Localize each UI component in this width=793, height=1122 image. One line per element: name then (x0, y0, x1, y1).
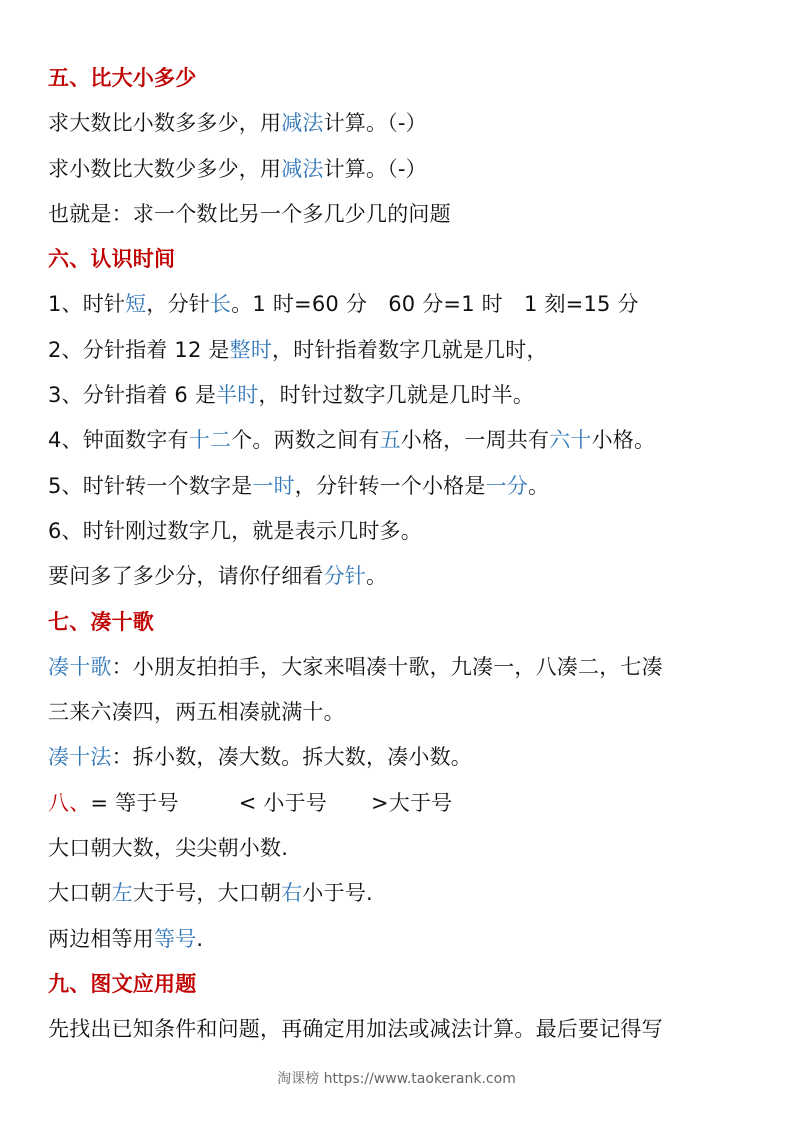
text-segment: 个。两数之间有 (231, 428, 379, 452)
highlight-keyword: 六十 (549, 428, 591, 452)
highlight-keyword: 一时 (252, 474, 294, 498)
text-segment: ：拆小数，凑大数。拆大数，凑小数。 (112, 745, 472, 769)
text-segment: 。 (366, 564, 387, 588)
text-line: 3、分针指着 6 是半时，时针过数字几就是几时半。 (48, 373, 768, 418)
text-line: 求小数比大数少多少，用减法计算。（-） (48, 147, 768, 192)
text-segment: 2、分针指着 12 是 (48, 338, 230, 362)
highlight-keyword: 长 (210, 292, 231, 316)
section-heading-compare: 五、比大小多少 (48, 56, 768, 101)
text-line: 2、分针指着 12 是整时，时针指着数字几就是几时， (48, 328, 768, 373)
text-segment: 计算。（-） (324, 157, 427, 181)
equal-sign-label: = 等于号 (90, 791, 178, 815)
text-segment: 计算。（-） (324, 111, 427, 135)
text-line: 三来六凑四，两五相凑就满十。 (48, 690, 768, 735)
text-segment: 两边相等用 (48, 927, 154, 951)
text-segment: 小于号. (302, 881, 372, 905)
highlight-keyword: 左 (112, 881, 133, 905)
text-segment: 要问多了多少分，请你仔细看 (48, 564, 324, 588)
text-segment: ，时针过数字几就是几时半。 (258, 383, 534, 407)
highlight-keyword: 一分 (486, 474, 528, 498)
text-segment: 。 (528, 474, 549, 498)
section-heading-make-ten: 七、凑十歌 (48, 600, 768, 645)
section-heading-time: 六、认识时间 (48, 237, 768, 282)
highlight-keyword: 右 (281, 881, 302, 905)
text-line: 1、时针短，分针长。1 时=60 分 60 分=1 时 1 刻=15 分 (48, 282, 768, 327)
highlight-keyword: 分针 (324, 564, 366, 588)
text-segment: ，时针指着数字几就是几时， (272, 338, 548, 362)
highlight-keyword: 等号 (154, 927, 196, 951)
section-heading-comparison-symbols: 八、= 等于号< 小于号>大于号 (48, 781, 768, 826)
text-line: 大口朝左大于号，大口朝右小于号. (48, 871, 768, 916)
text-segment: 大口朝 (48, 881, 112, 905)
text-segment: ，分针转一个小格是 (295, 474, 486, 498)
text-line: 求大数比小数多多少，用减法计算。（-） (48, 101, 768, 146)
text-segment: 。1 时=60 分 60 分=1 时 1 刻=15 分 (231, 292, 639, 316)
text-segment: 小格。 (592, 428, 656, 452)
section-number: 八、 (48, 791, 90, 815)
section-heading-word-problems: 九、图文应用题 (48, 962, 768, 1007)
text-segment: 4、钟面数字有 (48, 428, 189, 452)
footer-watermark: 淘课榜 https://www.taokerank.com (0, 1068, 793, 1088)
text-line: 凑十法：拆小数，凑大数。拆大数，凑小数。 (48, 735, 768, 780)
text-line: 两边相等用等号. (48, 917, 768, 962)
highlight-keyword: 短 (125, 292, 146, 316)
text-segment: 大于号，大口朝 (133, 881, 281, 905)
text-line: 凑十歌：小朋友拍拍手，大家来唱凑十歌，九凑一，八凑二，七凑 (48, 645, 768, 690)
document-page: 五、比大小多少 求大数比小数多多少，用减法计算。（-） 求小数比大数少多少，用减… (48, 56, 768, 1053)
text-segment: ，分针 (146, 292, 210, 316)
text-segment: 求大数比小数多多少，用 (48, 111, 281, 135)
text-segment: 求小数比大数少多少，用 (48, 157, 281, 181)
text-line: 5、时针转一个数字是一时，分针转一个小格是一分。 (48, 464, 768, 509)
less-than-label: < 小于号 (239, 791, 327, 815)
text-line: 也就是：求一个数比另一个多几少几的问题 (48, 192, 768, 237)
text-segment: 3、分针指着 6 是 (48, 383, 216, 407)
text-line: 6、时针刚过数字几，就是表示几时多。 (48, 509, 768, 554)
text-segment: . (196, 927, 203, 951)
text-line: 大口朝大数，尖尖朝小数. (48, 826, 768, 871)
text-segment: 1、时针 (48, 292, 125, 316)
greater-than-label: >大于号 (371, 791, 452, 815)
highlight-keyword: 凑十法 (48, 745, 112, 769)
text-segment: 小格，一周共有 (401, 428, 549, 452)
highlight-keyword: 凑十歌 (48, 655, 112, 679)
highlight-keyword: 整时 (230, 338, 272, 362)
text-segment: 5、时针转一个数字是 (48, 474, 252, 498)
text-line: 4、钟面数字有十二个。两数之间有五小格，一周共有六十小格。 (48, 418, 768, 463)
text-line: 先找出已知条件和问题，再确定用加法或减法计算。最后要记得写 (48, 1007, 768, 1052)
highlight-keyword: 五 (380, 428, 401, 452)
text-segment: ：小朋友拍拍手，大家来唱凑十歌，九凑一，八凑二，七凑 (112, 655, 663, 679)
text-line: 要问多了多少分，请你仔细看分针。 (48, 554, 768, 599)
highlight-keyword: 十二 (189, 428, 231, 452)
highlight-keyword: 减法 (281, 111, 323, 135)
highlight-keyword: 减法 (281, 157, 323, 181)
highlight-keyword: 半时 (216, 383, 258, 407)
